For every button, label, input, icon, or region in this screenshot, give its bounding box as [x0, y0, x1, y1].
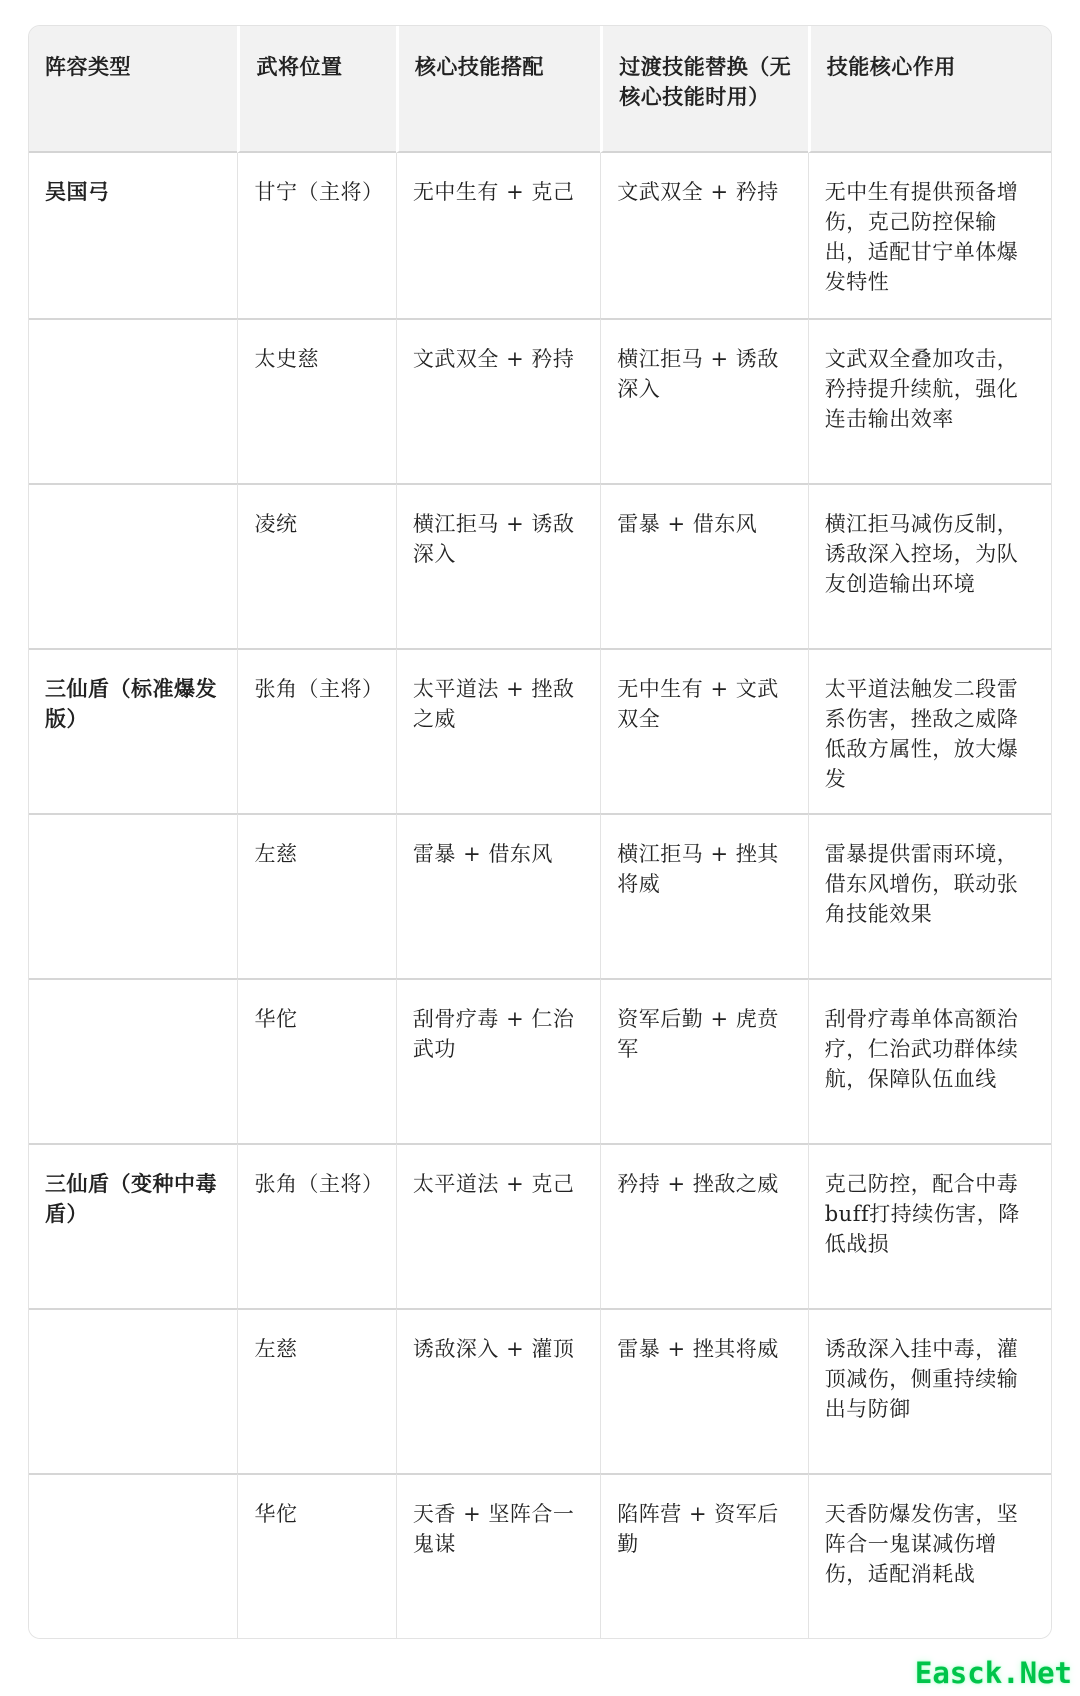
- cell-skill-effect: 天香防爆发伤害，坚阵合一鬼谋减伤增伤，适配消耗战: [808, 1473, 1051, 1638]
- cell-lineup-type: [29, 1308, 237, 1473]
- cell-lineup-type: 吴国弓: [29, 153, 237, 318]
- table-row: 凌统横江拒马 + 诱敌深入雷暴 + 借东风横江拒马减伤反制，诱敌深入控场，为队友…: [29, 483, 1051, 648]
- cell-core-skills: 雷暴 + 借东风: [396, 813, 600, 978]
- cell-transition-skills: 无中生有 + 文武双全: [600, 648, 807, 813]
- table-row: 华佗刮骨疗毒 + 仁治武功资军后勤 + 虎贲军刮骨疗毒单体高额治疗，仁治武功群体…: [29, 978, 1051, 1143]
- cell-core-skills: 无中生有 + 克己: [396, 153, 600, 318]
- cell-lineup-type: [29, 813, 237, 978]
- cell-core-skills: 天香 + 坚阵合一鬼谋: [396, 1473, 600, 1638]
- cell-lineup-type: 三仙盾（标准爆发版）: [29, 648, 237, 813]
- watermark-link[interactable]: Easck.Net: [915, 1656, 1072, 1690]
- header-general-position: 武将位置: [237, 26, 395, 153]
- cell-skill-effect: 无中生有提供预备增伤，克己防控保输出，适配甘宁单体爆发特性: [808, 153, 1051, 318]
- cell-core-skills: 太平道法 + 挫敌之威: [396, 648, 600, 813]
- cell-transition-skills: 资军后勤 + 虎贲军: [600, 978, 807, 1143]
- header-skill-effect: 技能核心作用: [808, 26, 1051, 153]
- cell-general-position: 左慈: [237, 1308, 395, 1473]
- cell-lineup-type: 三仙盾（变种中毒盾）: [29, 1143, 237, 1308]
- cell-general-position: 左慈: [237, 813, 395, 978]
- cell-core-skills: 刮骨疗毒 + 仁治武功: [396, 978, 600, 1143]
- cell-transition-skills: 雷暴 + 借东风: [600, 483, 807, 648]
- cell-core-skills: 太平道法 + 克己: [396, 1143, 600, 1308]
- cell-transition-skills: 横江拒马 + 诱敌深入: [600, 318, 807, 483]
- lineup-table: 阵容类型 武将位置 核心技能搭配 过渡技能替换（无核心技能时用） 技能核心作用 …: [28, 25, 1052, 1639]
- header-lineup-type: 阵容类型: [29, 26, 237, 153]
- table-body: 吴国弓甘宁（主将）无中生有 + 克己文武双全 + 矜持无中生有提供预备增伤，克己…: [29, 153, 1051, 1638]
- table-row: 三仙盾（标准爆发版）张角（主将）太平道法 + 挫敌之威无中生有 + 文武双全太平…: [29, 648, 1051, 813]
- cell-general-position: 甘宁（主将）: [237, 153, 395, 318]
- cell-general-position: 张角（主将）: [237, 1143, 395, 1308]
- cell-transition-skills: 陷阵营 + 资军后勤: [600, 1473, 807, 1638]
- cell-transition-skills: 矜持 + 挫敌之威: [600, 1143, 807, 1308]
- table-row: 太史慈文武双全 + 矜持横江拒马 + 诱敌深入文武双全叠加攻击，矜持提升续航，强…: [29, 318, 1051, 483]
- cell-core-skills: 横江拒马 + 诱敌深入: [396, 483, 600, 648]
- cell-skill-effect: 克己防控，配合中毒buff打持续伤害，降低战损: [808, 1143, 1051, 1308]
- cell-general-position: 张角（主将）: [237, 648, 395, 813]
- table-row: 左慈诱敌深入 + 灌顶雷暴 + 挫其将威诱敌深入挂中毒，灌顶减伤，侧重持续输出与…: [29, 1308, 1051, 1473]
- header-row: 阵容类型 武将位置 核心技能搭配 过渡技能替换（无核心技能时用） 技能核心作用: [29, 26, 1051, 153]
- cell-lineup-type: [29, 978, 237, 1143]
- cell-transition-skills: 横江拒马 + 挫其将威: [600, 813, 807, 978]
- table-row: 华佗天香 + 坚阵合一鬼谋陷阵营 + 资军后勤天香防爆发伤害，坚阵合一鬼谋减伤增…: [29, 1473, 1051, 1638]
- cell-general-position: 凌统: [237, 483, 395, 648]
- cell-core-skills: 文武双全 + 矜持: [396, 318, 600, 483]
- lineup-table-container: 阵容类型 武将位置 核心技能搭配 过渡技能替换（无核心技能时用） 技能核心作用 …: [28, 25, 1052, 1639]
- header-core-skills: 核心技能搭配: [396, 26, 600, 153]
- cell-skill-effect: 诱敌深入挂中毒，灌顶减伤，侧重持续输出与防御: [808, 1308, 1051, 1473]
- cell-skill-effect: 刮骨疗毒单体高额治疗，仁治武功群体续航，保障队伍血线: [808, 978, 1051, 1143]
- cell-skill-effect: 太平道法触发二段雷系伤害，挫敌之威降低敌方属性，放大爆发: [808, 648, 1051, 813]
- cell-lineup-type: [29, 1473, 237, 1638]
- cell-skill-effect: 横江拒马减伤反制，诱敌深入控场，为队友创造输出环境: [808, 483, 1051, 648]
- table-row: 左慈雷暴 + 借东风横江拒马 + 挫其将威雷暴提供雷雨环境，借东风增伤，联动张角…: [29, 813, 1051, 978]
- table-row: 吴国弓甘宁（主将）无中生有 + 克己文武双全 + 矜持无中生有提供预备增伤，克己…: [29, 153, 1051, 318]
- cell-general-position: 华佗: [237, 978, 395, 1143]
- cell-general-position: 华佗: [237, 1473, 395, 1638]
- cell-core-skills: 诱敌深入 + 灌顶: [396, 1308, 600, 1473]
- cell-lineup-type: [29, 483, 237, 648]
- cell-general-position: 太史慈: [237, 318, 395, 483]
- header-transition-skills: 过渡技能替换（无核心技能时用）: [600, 26, 807, 153]
- cell-skill-effect: 雷暴提供雷雨环境，借东风增伤，联动张角技能效果: [808, 813, 1051, 978]
- cell-skill-effect: 文武双全叠加攻击，矜持提升续航，强化连击输出效率: [808, 318, 1051, 483]
- cell-transition-skills: 雷暴 + 挫其将威: [600, 1308, 807, 1473]
- table-row: 三仙盾（变种中毒盾）张角（主将）太平道法 + 克己矜持 + 挫敌之威克己防控，配…: [29, 1143, 1051, 1308]
- cell-lineup-type: [29, 318, 237, 483]
- cell-transition-skills: 文武双全 + 矜持: [600, 153, 807, 318]
